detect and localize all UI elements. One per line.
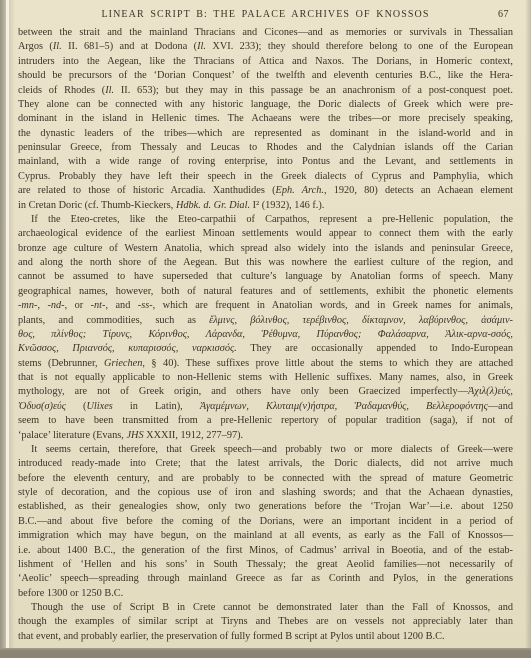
text-line: though the examples of similar script at… [18, 615, 513, 629]
text-line: intruders into the Aegean, like the Thra… [18, 55, 513, 69]
text-line: Κνῶσσος, Πριανσός, κυπαρισσός, ναρκισσός… [18, 342, 513, 356]
text-line: It seems certain, therefore, that Greek … [18, 443, 513, 457]
text-line: Argos (Il. II. 681–5) and at Dodona (Il.… [18, 40, 513, 54]
text-line: should be precursors of the ‘Dorian Conq… [18, 69, 513, 83]
text-line: and along the north shore of the Aegean.… [18, 256, 513, 270]
text-line: cannot be assumed to have superseded tha… [18, 270, 513, 284]
text-line: before the eleventh century, and are pro… [18, 472, 513, 486]
text-line: before 1300 or 1250 B.C. [18, 587, 513, 601]
text-line: peninsular Greece, from Thessaly and Leu… [18, 141, 513, 155]
text-line: θος, πλίνθος; Τίρυνς, Κόρινθος, Λάρανδα,… [18, 328, 513, 342]
text-line: plants, and commodities, such as ἔλμινς,… [18, 314, 513, 328]
text-line: cleids of Rhodes (Il. II. 653); but they… [18, 84, 513, 98]
paragraph: It seems certain, therefore, that Greek … [18, 443, 513, 601]
text-line: style of decoration, and the copious use… [18, 486, 513, 500]
text-line: Though the use of Script B in Crete cann… [18, 601, 513, 615]
text-line: that is not equally applicable to non-He… [18, 371, 513, 385]
text-line: immigration which may have begun, on the… [18, 529, 513, 543]
text-line: bronze age culture of Western Anatolia, … [18, 242, 513, 256]
page-bottom-edge [0, 648, 531, 658]
text-line: mainland, with a wide range of roving en… [18, 155, 513, 169]
paragraph: If the Eteo-cretes, like the Eteo-carpat… [18, 213, 513, 443]
running-head-title: LINEAR SCRIPT B: THE PALACE ARCHIVES OF … [40, 9, 491, 20]
text-body: between the strait and the mainland Thra… [18, 26, 513, 644]
text-line: ‘Aeolic’ speech—spreading through mainla… [18, 572, 513, 586]
text-line: between the strait and the mainland Thra… [18, 26, 513, 40]
text-line: i.e. about 1400 B.C., the generation of … [18, 544, 513, 558]
text-line: stems (Debrunner, Griechen, § 40). These… [18, 357, 513, 371]
text-line: lishment of ‘Hellen and his sons’ in Sou… [18, 558, 513, 572]
paragraph: between the strait and the mainland Thra… [18, 26, 513, 213]
text-line: If the Eteo-cretes, like the Eteo-carpat… [18, 213, 513, 227]
page-right-edge [525, 0, 531, 658]
text-line: They alone can be connected with any his… [18, 98, 513, 112]
page-number: 67 [498, 9, 509, 20]
text-line: B.C.—and about five before the coming of… [18, 515, 513, 529]
book-page: LINEAR SCRIPT B: THE PALACE ARCHIVES OF … [0, 0, 531, 658]
text-line: introduced ready-made into Crete; that t… [18, 457, 513, 471]
text-line: -mn-, -nd-, or -nt-, and -ss-, which are… [18, 299, 513, 313]
text-line: in Cretan Doric (cf. Thumb-Kieckers, Hdb… [18, 199, 513, 213]
text-line: dominant in the island in Hellenic times… [18, 112, 513, 126]
text-line: the dynastic leaders of the tribes—which… [18, 127, 513, 141]
text-line: seem to have been transmitted from a pre… [18, 414, 513, 428]
page-left-edge-shadow [9, 0, 15, 658]
text-line: geographical names, however, both of nat… [18, 285, 513, 299]
text-line: mythology, are not of Greek origin, and … [18, 385, 513, 399]
text-line: ‘palace’ literature (Evans, JHS XXXII, 1… [18, 429, 513, 443]
text-line: that event, and probably earlier, the pr… [18, 630, 513, 644]
text-line: are related to those of historic Arcadia… [18, 184, 513, 198]
paragraph: Though the use of Script B in Crete cann… [18, 601, 513, 644]
text-line: established, as their genealogies show, … [18, 500, 513, 514]
text-line: archaeological evidence of the earliest … [18, 227, 513, 241]
text-line: Cyprus. Probably they have left their sp… [18, 170, 513, 184]
text-line: Ὀδυσ(σ)εύς (Ulixes in Latin), Ἀγαμέμνων,… [18, 400, 513, 414]
